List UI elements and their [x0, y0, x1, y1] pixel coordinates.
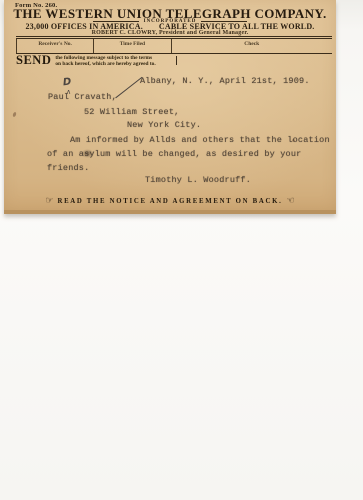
pointing-hand-right-icon: ☞ — [45, 197, 53, 206]
signature: Timothy L. Woodruff. — [145, 175, 251, 185]
insertion-caret-mark: ∧ — [66, 88, 71, 96]
handwritten-insertion-letter: D — [62, 77, 71, 89]
notice-row: ☞ READ THE NOTICE AND AGREEMENT ON BACK.… — [4, 197, 336, 206]
message-body-line1: Am informed by Allds and others that the… — [70, 135, 330, 145]
send-clause-tick-mark — [176, 56, 177, 65]
paper-stain — [292, 139, 295, 142]
recipient-city: New York City. — [127, 120, 201, 130]
manager-line: ROBERT C. CLOWRY, President and General … — [4, 30, 336, 36]
dateline: Albany, N. Y., April 21st, 1909. — [140, 76, 310, 86]
recipient-street: 52 William Street, — [84, 107, 179, 117]
message-body-line3: friends. — [47, 163, 89, 173]
notice-text: READ THE NOTICE AND AGREEMENT ON BACK. — [57, 198, 282, 205]
send-terms-line2: on back hereof, which are hereby agreed … — [55, 61, 193, 67]
scan-backing-paper — [0, 210, 363, 500]
check-column-header: Check — [171, 39, 332, 53]
pointing-hand-left-icon: ☜ — [287, 197, 295, 206]
paper-stain — [12, 112, 17, 118]
telegram-card: Form No. 260. THE WESTERN UNION TELEGRAP… — [4, 0, 336, 214]
send-keyword: SEND — [16, 55, 51, 66]
receivers-no-column-header: Receiver's No. — [16, 39, 93, 53]
time-filed-column-header: Time Filed — [93, 39, 170, 53]
send-terms-text: the following message subject to the ter… — [55, 55, 193, 67]
handwritten-check-slash — [115, 77, 143, 99]
send-clause: SEND the following message subject to th… — [16, 55, 193, 67]
recipient-name: Paul Cravath, — [48, 92, 117, 102]
overtype-smudge — [81, 149, 94, 158]
header-table: Receiver's No. Time Filed Check — [16, 36, 332, 54]
